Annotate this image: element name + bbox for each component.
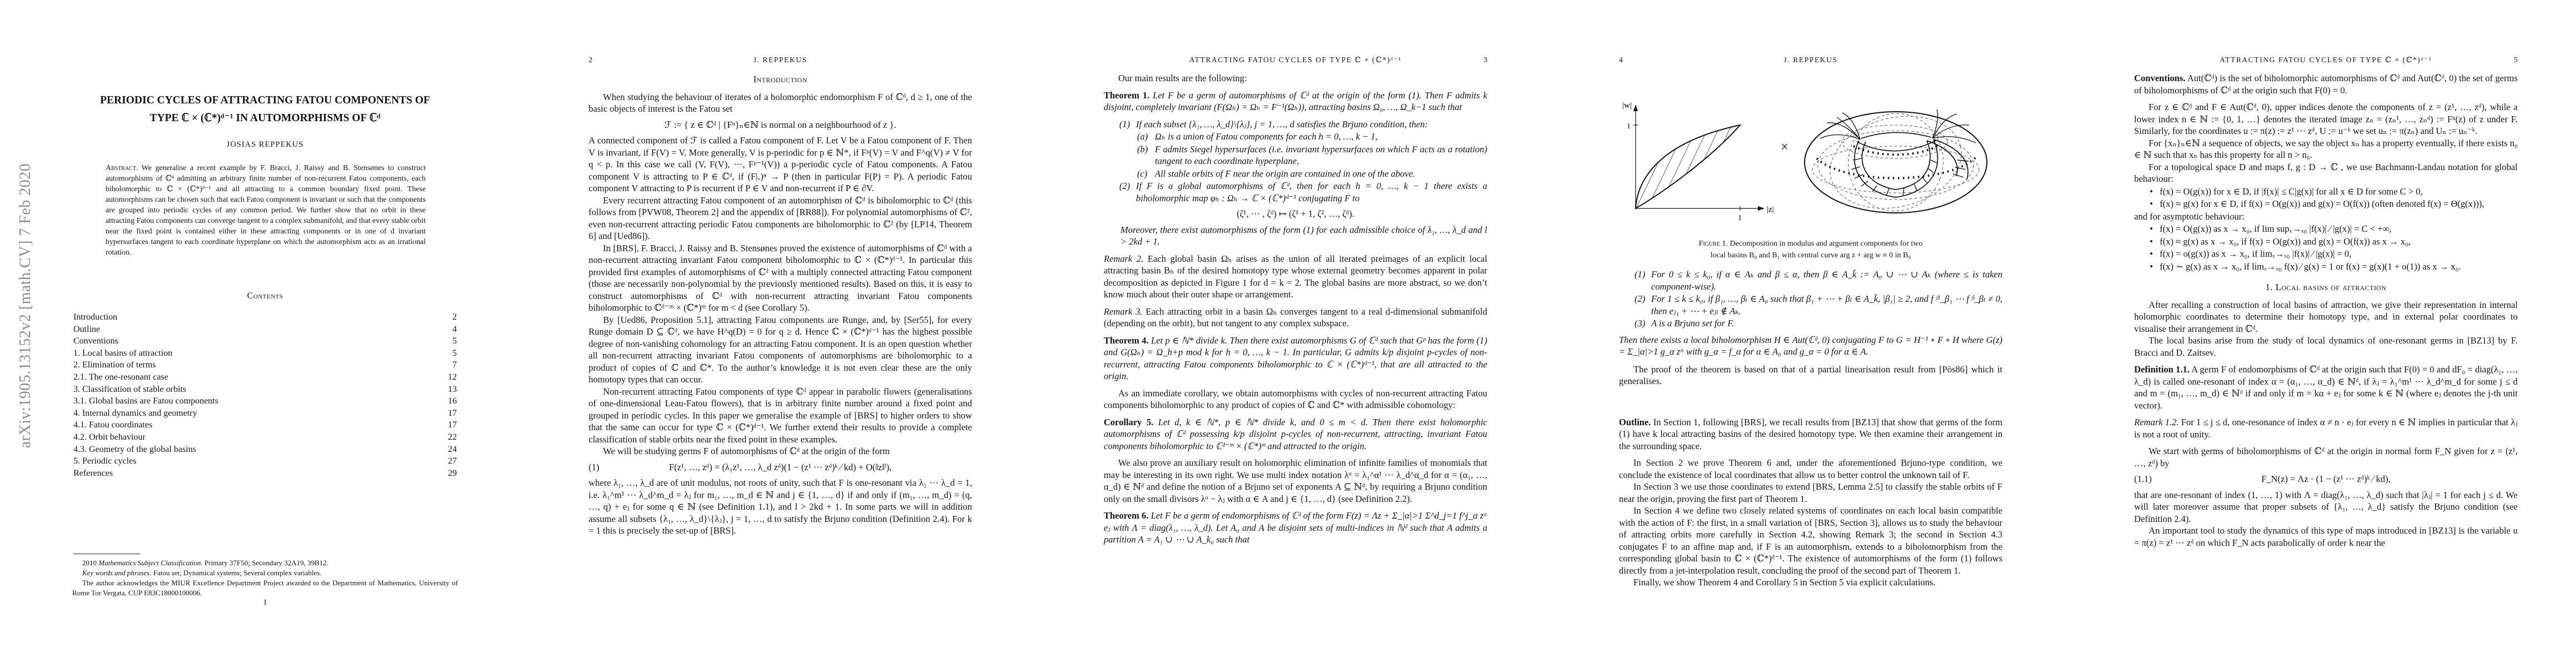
paragraph: We start with germs of biholomorphisms o…	[2134, 445, 2518, 469]
toc-entry: 4.2. Orbit behaviour22	[73, 431, 457, 444]
y-axis-arrow	[1633, 104, 1638, 111]
paragraph: After recalling a construction of local …	[2134, 299, 2518, 335]
figure-1: |w| |z| 1 1 ×	[1619, 99, 2002, 225]
page-3-body: Our main results are the following: Theo…	[1104, 72, 1487, 551]
toc-page: 17	[448, 419, 457, 431]
page-5-body: Conventions. Aut(ℂᵈ) is the set of bihol…	[2134, 72, 2518, 549]
theorem-label: Theorem 6.	[1104, 510, 1148, 521]
toc-label: 4. Internal dynamics and geometry	[73, 407, 197, 420]
section-1-heading: 1. Local basins of attraction	[2134, 281, 2518, 293]
toc-page: 7	[452, 359, 457, 371]
equation-1-1: (1.1)F_N(z) = Λz · (1 − (z¹ ⋯ zᵈ)ᵏ ⁄ kd)…	[2134, 473, 2518, 485]
modulus-plot: |w| |z| 1 1	[1619, 99, 1775, 225]
toc-page: 13	[448, 384, 457, 396]
corollary-label: Corollary 5.	[1104, 417, 1153, 427]
toc-entry: 4. Internal dynamics and geometry17	[73, 407, 457, 420]
theorem-6-conditions: (1)For 0 ≤ k ≤ k₀, if α ∈ Aₖ and β ≤ α, …	[1619, 268, 2002, 330]
toc-label: 2. Elimination of terms	[73, 359, 156, 371]
times-icon: ×	[1775, 140, 1795, 154]
list-item: (2)If F is a global automorphisms of ℂᵈ,…	[1104, 180, 1487, 204]
equation-tag: (1)	[589, 461, 621, 474]
arxiv-watermark: arXiv:1905.13152v2 [math.CV] 7 Feb 2020	[17, 163, 34, 449]
toc-label: Introduction	[73, 311, 117, 323]
list-item: (b)F admits Siegel hypersurfaces (i.e. i…	[1104, 143, 1487, 167]
paragraph: As an immediate corollary, we obtain aut…	[1104, 387, 1487, 411]
equation-tag: (1.1)	[2134, 473, 2166, 485]
paragraph: Finally, we show Theorem 4 and Corollary…	[1619, 576, 2002, 589]
list-item: (2)For 1 ≤ k ≤ k₀, if β₁, …, βₗ ∈ A₀ suc…	[1619, 293, 2002, 317]
footnote-keywords: Key words and phrases. Fatou set; Dynami…	[72, 568, 458, 578]
running-head: ATTRACTING FATOU CYCLES OF TYPE ℂ × (ℂ*)…	[1104, 56, 1487, 65]
toc-entry: 2.1. The one-resonant case12	[73, 371, 457, 384]
theorem-6: Theorem 6. Let F be a germ of endomorphi…	[1104, 510, 1487, 546]
remark-label: Remark 2.	[1104, 253, 1143, 264]
paragraph: The local basins arise from the study of…	[2134, 335, 2518, 359]
list-item: (3)A is a Brjuno set for F.	[1619, 317, 2002, 330]
toc-entry: 5. Periodic cycles27	[73, 455, 457, 467]
toc-page: 16	[448, 395, 457, 407]
paragraph: The proof of the theorem is based on tha…	[1619, 364, 2002, 387]
paper-title-line1: PERIODIC CYCLES OF ATTRACTING FATOU COMP…	[66, 94, 465, 107]
toc-entry: 4.1. Fatou coordinates17	[73, 419, 457, 431]
toc-label: 4.1. Fatou coordinates	[73, 419, 152, 431]
toc-page: 29	[448, 467, 457, 480]
header-page-number: 5	[2493, 56, 2518, 65]
y-axis-label: |w|	[1622, 101, 1632, 110]
toc-label: Conventions	[73, 335, 118, 347]
theorem-4: Theorem 4. Let p ∈ ℕ* divide k. Then the…	[1104, 335, 1487, 382]
x-tick-label: 1	[1738, 214, 1742, 222]
toc-label: 4.2. Orbit behaviour	[73, 431, 146, 444]
toc-entry: References29	[73, 467, 457, 480]
contents-heading: Contents	[73, 291, 457, 301]
toc-entry: Conventions5	[73, 335, 457, 347]
remark-label: Remark 3.	[1104, 306, 1143, 317]
toc-entry: 2. Elimination of terms7	[73, 359, 457, 371]
central-dotted-curve	[1817, 144, 1977, 178]
toc-page: 4	[452, 323, 457, 336]
conventions-label: Conventions.	[2134, 73, 2185, 83]
header-title: J. REPPEKUS	[1643, 56, 1978, 64]
paragraph: An important tool to study the dynamics …	[2134, 525, 2518, 549]
toc-page: 12	[448, 371, 457, 384]
torus-figure	[1800, 107, 1992, 218]
paragraph: For {xₙ}ₙ∈ℕ a sequence of objects, we sa…	[2134, 137, 2518, 161]
paragraph: For a topological space D and maps f, g …	[2134, 161, 2518, 185]
toc-label: 3. Classification of stable orbits	[73, 384, 186, 396]
conventions-paragraph: Conventions. Aut(ℂᵈ) is the set of bihol…	[2134, 72, 2518, 96]
remark-label: Remark 1.2.	[2134, 417, 2179, 427]
page-5: ATTRACTING FATOU CYCLES OF TYPE ℂ × (ℂ*)…	[2061, 0, 2576, 667]
toc-entry: 1. Local basins of attraction5	[73, 347, 457, 360]
list-item: (a)Ωₕ is a union of Fatou components for…	[1104, 131, 1487, 143]
lens-hatching	[1619, 99, 1775, 221]
corollary-5: Corollary 5. Let d, k ∈ ℕ*, p ∈ ℕ* divid…	[1104, 416, 1487, 452]
footnote-acknowledgement: The author acknowledges the MIUR Excelle…	[72, 578, 458, 598]
torus-hole	[1857, 132, 1936, 151]
equation-1: (1)F(z¹, …, zᵈ) = (λ₁z¹, …, λ_d zᵈ)(1 − …	[589, 461, 972, 474]
page-3: ATTRACTING FATOU CYCLES OF TYPE ℂ × (ℂ*)…	[1030, 0, 1546, 667]
definition-1-1: Definition 1.1. A germ F of endomorphism…	[2134, 364, 2518, 411]
conjugation-equation: (ζ¹, ⋯ , ζᵈ) ↦ (ζ¹ + 1, ζ², …, ζᵈ).	[1104, 208, 1487, 220]
toc-page: 5	[452, 347, 457, 360]
outline-label: Outline.	[1619, 417, 1651, 427]
page-2-body: Introduction When studying the behaviour…	[589, 72, 972, 537]
paragraph: In Section 3 we use those coordinates to…	[1619, 481, 2002, 505]
remark-2: Remark 2. Each global basin Ωₕ arises as…	[1104, 253, 1487, 301]
bullet-item: f(x) = o(g(x)) as x → x₀, if limₓ→ₓ₀ |f(…	[2134, 248, 2518, 260]
table-of-contents: Introduction2 Outline4 Conventions5 1. L…	[73, 311, 457, 479]
toc-entry: 4.3. Geometry of the global basins24	[73, 444, 457, 456]
toc-label: 5. Periodic cycles	[73, 455, 136, 467]
section-heading-introduction: Introduction	[589, 73, 972, 86]
definition-label: Definition 1.1.	[2134, 364, 2190, 375]
toc-entry: Outline4	[73, 323, 457, 336]
paragraph: When studying the behaviour of iterates …	[589, 91, 972, 115]
toc-label: 3.1. Global basins are Fatou components	[73, 395, 218, 407]
paper-title-line2: TYPE ℂ × (ℂ*)ᵈ⁻¹ IN AUTOMORPHISMS OF ℂᵈ	[66, 111, 465, 125]
bullet-item: f(x) = O(g(x)) for x ∈ D, if |f(x)| ≤ C|…	[2134, 186, 2518, 198]
paragraph: and for asymptotic behaviour:	[2134, 211, 2518, 223]
theorem-label: Theorem 4.	[1104, 335, 1149, 346]
paragraph: We will be studying germs F of automorph…	[589, 445, 972, 457]
paragraph: In Section 2 we prove Theorem 6 and, und…	[1619, 457, 2002, 481]
paragraph: Our main results are the following:	[1104, 72, 1487, 84]
fatou-set-equation: ℱ := { z ∈ ℂᵈ | {Fⁿ}ₙ∈ℕ is normal on a n…	[589, 119, 972, 131]
x-axis-label: |z|	[1767, 205, 1774, 214]
remark-3: Remark 3. Each attracting orbit in a bas…	[1104, 306, 1487, 330]
running-head: 4 J. REPPEKUS	[1619, 56, 2002, 65]
page-1: arXiv:1905.13152v2 [math.CV] 7 Feb 2020 …	[0, 0, 515, 667]
list-item: (1)If each subset {λ₁, …, λ_d}\{λⱼ}, j =…	[1104, 118, 1487, 131]
header-title: ATTRACTING FATOU CYCLES OF TYPE ℂ × (ℂ*)…	[2159, 56, 2493, 64]
theorem-1-moreover: Moreover, there exist automorphisms of t…	[1104, 224, 1487, 248]
lens-region-outline	[1636, 125, 1740, 208]
toc-page: 5	[452, 335, 457, 347]
paragraph: Every recurrent attracting Fatou compone…	[589, 195, 972, 242]
x-axis-arrow	[1758, 206, 1765, 211]
remark-1-2: Remark 1.2. For 1 ≤ j ≤ d, one-resonance…	[2134, 416, 2518, 440]
toc-entry: 3. Classification of stable orbits13	[73, 384, 457, 396]
list-item: (1)For 0 ≤ k ≤ k₀, if α ∈ Aₖ and β ≤ α, …	[1619, 268, 2002, 292]
toc-page: 24	[448, 444, 457, 456]
abstract-text: We generalise a recent example by F. Bra…	[106, 163, 426, 256]
toc-label: 2.1. The one-resonant case	[73, 371, 168, 384]
header-page-number: 3	[1463, 56, 1487, 65]
toc-page: 22	[448, 431, 457, 444]
theorem-label: Theorem 1.	[1104, 90, 1149, 101]
header-title: J. REPPEKUS	[613, 56, 948, 64]
page-4-body: |w| |z| 1 1 ×	[1619, 72, 2002, 589]
paragraph: that are one-resonant of index (1, …, 1)…	[2134, 489, 2518, 525]
spiral-band	[1855, 140, 1968, 197]
figure-caption-label: Figure 1.	[1699, 240, 1728, 248]
toc-label: Outline	[73, 323, 100, 336]
header-title: ATTRACTING FATOU CYCLES OF TYPE ℂ × (ℂ*)…	[1128, 56, 1463, 64]
toc-label: 1. Local basins of attraction	[73, 347, 172, 360]
axes	[1633, 109, 1759, 211]
footnote-rule	[73, 554, 140, 554]
paragraph: A connected component of ℱ is called a F…	[589, 135, 972, 195]
list-item: (c)All stable orbits of F near the origi…	[1104, 168, 1487, 180]
theorem-1: Theorem 1. Let F be a germ of automorphi…	[1104, 89, 1487, 113]
toc-entry: Introduction2	[73, 311, 457, 323]
paragraph: where λ₁, …, λ_d are of unit modulus, no…	[589, 477, 972, 537]
toc-page: 27	[448, 455, 457, 467]
bullet-item: f(x) ≈ g(x) for x ∈ D, if f(x) = O(g(x))…	[2134, 198, 2518, 210]
page-4: 4 J. REPPEKUS	[1546, 0, 2061, 667]
figure-caption: Figure 1. Decomposition in modulus and a…	[1619, 238, 2002, 261]
page-number: 1	[73, 598, 457, 608]
toc-label: 4.3. Geometry of the global basins	[73, 444, 196, 456]
paragraph: Non-recurrent attracting Fatou component…	[589, 386, 972, 446]
bullet-item: f(x) = O(g(x)) as x → x₀, if lim supₓ→ₓ₀…	[2134, 223, 2518, 235]
paragraph: Then there exists a local biholomorphism…	[1619, 334, 2002, 358]
header-page-number: 2	[589, 56, 613, 65]
toc-page: 2	[452, 311, 457, 323]
paper-spread: { "watermark": "arXiv:1905.13152v2 [math…	[0, 0, 2576, 667]
y-tick-label: 1	[1627, 122, 1631, 131]
right-pinch-fan	[1932, 109, 1976, 143]
paragraph: In Section 4 we define two closely relat…	[1619, 505, 2002, 576]
toc-label: References	[73, 467, 113, 480]
page-2: 2 J. REPPEKUS Introduction When studying…	[515, 0, 1030, 667]
abstract: Abstract. We generalise a recent example…	[106, 162, 426, 257]
running-head: ATTRACTING FATOU CYCLES OF TYPE ℂ × (ℂ*)…	[2134, 56, 2518, 65]
toc-page: 17	[448, 407, 457, 420]
bullet-item: f(x) ∼ g(x) as x → x₀, if limₓ→ₓ₀ f(x) ⁄…	[2134, 261, 2518, 273]
footnote-msc: 2010 Mathematics Subject Classification.…	[72, 558, 458, 568]
footnotes: 2010 Mathematics Subject Classification.…	[72, 558, 458, 598]
running-head: 2 J. REPPEKUS	[589, 56, 972, 65]
paragraph: We also prove an auxiliary result on hol…	[1104, 457, 1487, 505]
bullet-item: f(x) ≈ g(x) as x → x₀, if f(x) = O(g(x))…	[2134, 236, 2518, 248]
paragraph: For z ∈ ℂᵈ and F ∈ Aut(ℂᵈ, 0), upper ind…	[2134, 101, 2518, 137]
abstract-label: Abstract.	[106, 163, 138, 172]
outline-paragraph: Outline. In Section 1, following [BRS], …	[1619, 416, 2002, 452]
paragraph: By [Ued86, Proposition 5.1], attracting …	[589, 314, 972, 386]
author-name: JOSIAS REPPEKUS	[73, 140, 457, 150]
header-page-number: 4	[1619, 56, 1643, 65]
toc-entry: 3.1. Global basins are Fatou components1…	[73, 395, 457, 407]
paragraph: In [BRS], F. Bracci, J. Raissy and B. St…	[589, 242, 972, 314]
